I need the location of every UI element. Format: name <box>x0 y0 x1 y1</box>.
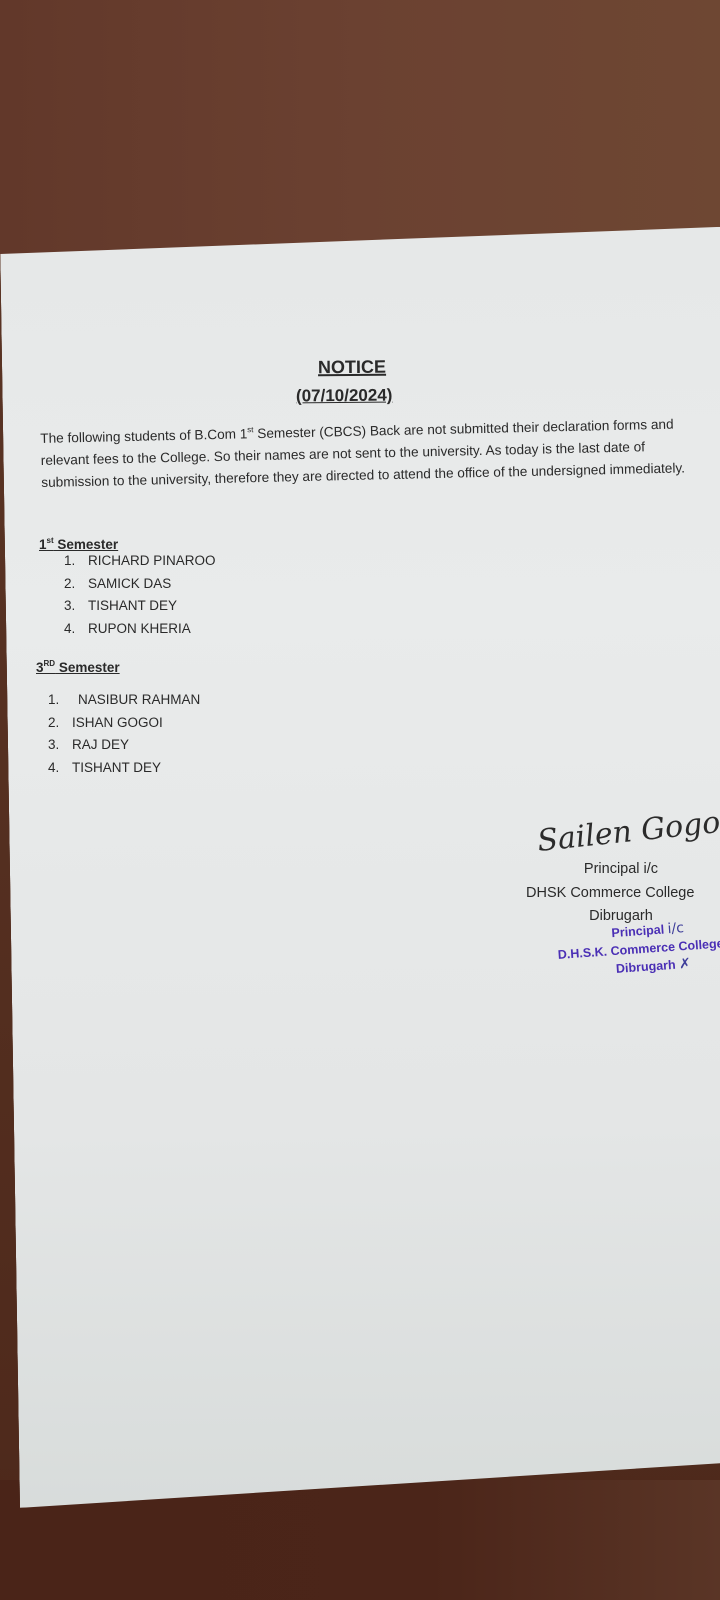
notice-title: NOTICE <box>318 357 386 379</box>
notice-date: (07/10/2024) <box>296 386 393 407</box>
stamp-handwritten-mark: ✗ <box>679 956 692 973</box>
heading-superscript: RD <box>44 659 56 668</box>
item-number: 1. <box>48 692 72 715</box>
heading-text: Semester <box>55 660 120 675</box>
student-name: ISHAN GOGOI <box>72 715 163 738</box>
list-item: 4.RUPON KHERIA <box>64 621 216 644</box>
student-name: RICHARD PINAROO <box>88 553 216 576</box>
list-item: 2.ISHAN GOGOI <box>48 715 200 738</box>
student-name: RUPON KHERIA <box>88 621 191 644</box>
item-number: 3. <box>48 737 72 760</box>
notice-document: NOTICE (07/10/2024) The following studen… <box>0 0 720 1600</box>
item-number: 3. <box>64 598 88 621</box>
item-number: 2. <box>64 576 88 599</box>
heading-superscript: st <box>47 536 54 545</box>
stamp-place: Dibrugarh <box>616 958 677 976</box>
section-heading-3rd-semester: 3RD Semester <box>36 659 120 675</box>
section-heading-1st-semester: 1st Semester <box>39 536 118 552</box>
heading-number: 1 <box>39 537 47 552</box>
stamp-handwritten-ic: i/c <box>667 920 684 937</box>
list-item: 1.NASIBUR RAHMAN <box>48 692 200 715</box>
heading-text: Semester <box>54 537 119 552</box>
item-number: 4. <box>48 760 72 783</box>
notice-body: The following students of B.Com 1st Seme… <box>40 409 691 494</box>
body-text-part: Semester (CBCS) Back are not submitted t… <box>41 417 685 490</box>
list-item: 1.RICHARD PINAROO <box>64 553 216 576</box>
official-stamp: Principal i/c D.H.S.K. Commerce College … <box>556 916 720 981</box>
handwritten-signature: Sailen Gogoi <box>536 804 720 859</box>
stamp-designation: Principal <box>611 922 665 940</box>
item-number: 1. <box>64 553 88 576</box>
item-number: 2. <box>48 715 72 738</box>
signatory-designation: Principal i/c <box>526 858 716 882</box>
student-name: NASIBUR RAHMAN <box>72 692 200 715</box>
student-name: SAMICK DAS <box>88 576 171 599</box>
signatory-college: DHSK Commerce College <box>526 882 716 906</box>
student-list-1st-semester: 1.RICHARD PINAROO 2.SAMICK DAS 3.TISHANT… <box>64 553 216 643</box>
student-name: RAJ DEY <box>72 737 129 760</box>
list-item: 3.TISHANT DEY <box>64 598 216 621</box>
list-item: 4.TISHANT DEY <box>48 760 200 783</box>
item-number: 4. <box>64 621 88 644</box>
list-item: 3.RAJ DEY <box>48 737 200 760</box>
student-name: TISHANT DEY <box>88 598 177 621</box>
heading-number: 3 <box>36 660 44 675</box>
student-name: TISHANT DEY <box>72 760 161 783</box>
list-item: 2.SAMICK DAS <box>64 576 216 599</box>
body-text-part: The following students of B.Com 1 <box>40 426 247 446</box>
student-list-3rd-semester: 1.NASIBUR RAHMAN 2.ISHAN GOGOI 3.RAJ DEY… <box>48 692 200 782</box>
